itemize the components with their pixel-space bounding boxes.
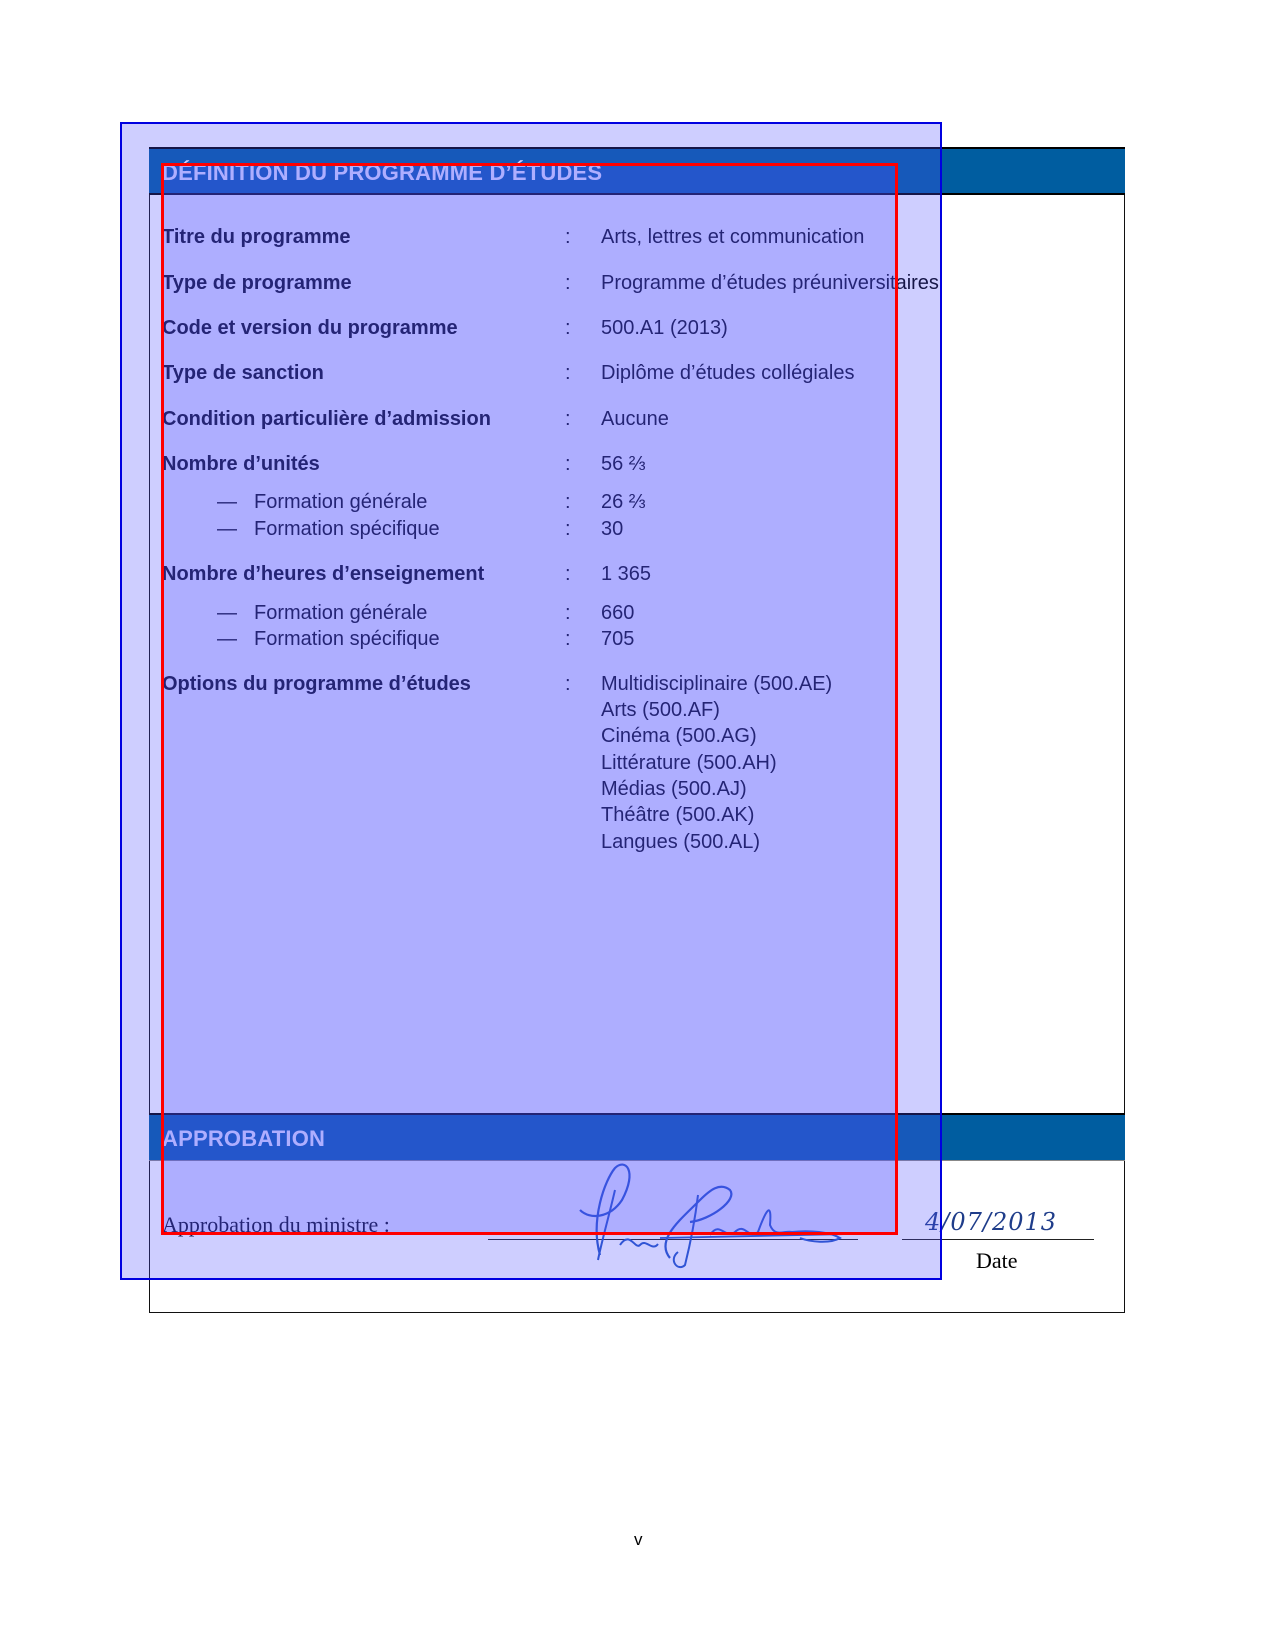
date-line	[902, 1239, 1094, 1240]
dash-bullet: —	[217, 518, 237, 541]
field-value: 1 365	[601, 563, 651, 586]
field-separator: :	[565, 453, 571, 476]
field-separator: :	[565, 563, 571, 586]
field-label: Titre du programme	[162, 226, 351, 249]
field-value: 705	[601, 628, 634, 651]
field-separator: :	[565, 602, 571, 625]
dash-bullet: —	[217, 602, 237, 625]
field-separator: :	[565, 362, 571, 385]
field-separator: :	[565, 628, 571, 651]
field-value: Aucune	[601, 408, 669, 431]
field-label: Condition particulière d’admission	[162, 408, 491, 431]
field-value: 30	[601, 518, 623, 541]
field-label: Formation générale	[254, 602, 427, 625]
field-separator: :	[565, 408, 571, 431]
option-item: Multidisciplinaire (500.AE)	[601, 673, 832, 696]
field-value: Diplôme d’études collégiales	[601, 362, 854, 385]
field-label: Nombre d’heures d’enseignement	[162, 563, 484, 586]
field-label: Formation spécifique	[254, 628, 440, 651]
dash-bullet: —	[217, 628, 237, 651]
option-item: Théâtre (500.AK)	[601, 804, 754, 827]
field-value: 56 ⅔	[601, 453, 645, 476]
option-item: Cinéma (500.AG)	[601, 725, 757, 748]
option-item: Littérature (500.AH)	[601, 752, 777, 775]
field-separator: :	[565, 491, 571, 514]
approval-label: Approbation du ministre :	[162, 1212, 390, 1238]
field-label: Type de programme	[162, 272, 352, 295]
field-separator: :	[565, 317, 571, 340]
field-value: Arts, lettres et communication	[601, 226, 864, 249]
field-value: Programme d’études préuniversitaires	[601, 272, 939, 295]
field-label: Nombre d’unités	[162, 453, 320, 476]
option-item: Arts (500.AF)	[601, 699, 720, 722]
handwritten-date: 4/07/2013	[925, 1208, 1057, 1236]
option-item: Langues (500.AL)	[601, 831, 760, 854]
approval-section-title: APPROBATION	[162, 1126, 325, 1152]
field-label: Formation spécifique	[254, 518, 440, 541]
field-separator: :	[565, 226, 571, 249]
field-value: 500.A1 (2013)	[601, 317, 728, 340]
date-caption: Date	[976, 1248, 1018, 1274]
dash-bullet: —	[217, 491, 237, 514]
definition-section-title: DÉFINITION DU PROGRAMME D’ÉTUDES	[162, 160, 602, 186]
field-value: 660	[601, 602, 634, 625]
option-item: Médias (500.AJ)	[601, 778, 747, 801]
field-label: Code et version du programme	[162, 317, 458, 340]
page-number: v	[634, 1530, 643, 1550]
field-separator: :	[565, 272, 571, 295]
field-label: Options du programme d’études	[162, 673, 471, 696]
field-separator: :	[565, 673, 571, 696]
minister-signature-image	[560, 1160, 880, 1270]
field-separator: :	[565, 518, 571, 541]
field-label: Formation générale	[254, 491, 427, 514]
field-label: Type de sanction	[162, 362, 324, 385]
field-value: 26 ⅔	[601, 491, 645, 514]
